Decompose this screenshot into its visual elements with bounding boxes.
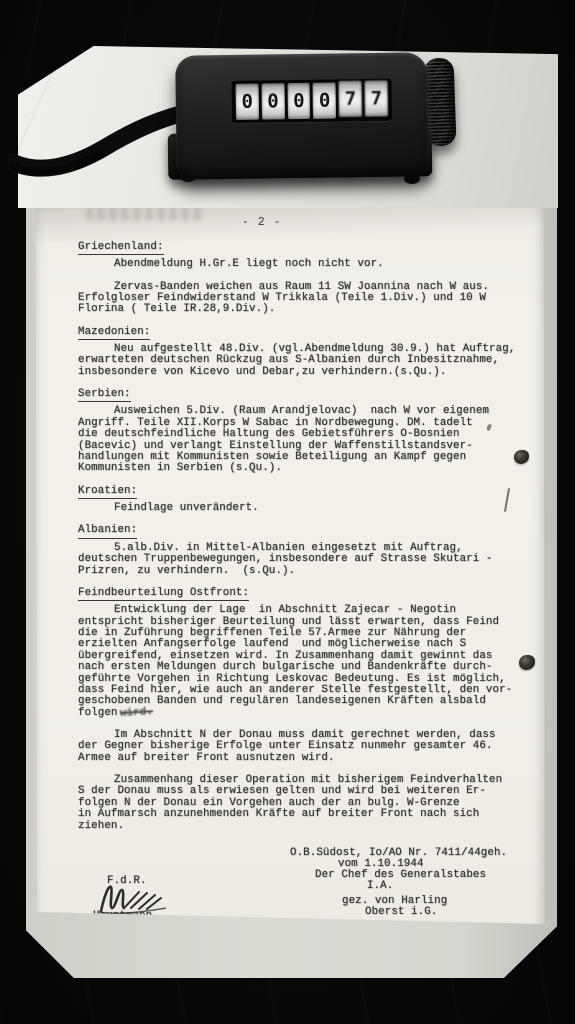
text-line: insbesondere von Kicevo und Debar,zu ver…	[78, 367, 523, 378]
text-line: folgenwird.	[78, 708, 523, 719]
section-serbien: Serbien: Ausweichen 5.Div. (Raum Arandje…	[78, 389, 523, 475]
text-line: die deutschfeindliche Haltung des Gebiet…	[78, 429, 523, 440]
text-line: Abendmeldung H.Gr.E liegt noch nicht vor…	[78, 259, 523, 270]
text-line: Entwicklung der Lage in Abschnitt Zajeca…	[78, 605, 523, 616]
text-line: nach ersten Meldungen durch bulgarische …	[78, 662, 523, 673]
text-line: Feindlage unverändert.	[78, 503, 523, 514]
page-number: - 2 -	[242, 216, 282, 229]
text-line: Kommunisten in Serbien (s.Qu.).	[78, 463, 523, 474]
section-heading: Mazedonien:	[78, 327, 150, 340]
section-heading: Griechenland:	[78, 242, 164, 255]
rank-line: Oberst i.G.	[365, 907, 437, 918]
section-heading: Feindbeurteilung Ostfront:	[78, 588, 249, 601]
section-feindbeurteilung-ostfront: Feindbeurteilung Ostfront: Entwicklung d…	[78, 588, 523, 832]
document-body: Griechenland: Abendmeldung H.Gr.E liegt …	[78, 242, 523, 968]
text-line: in Aufmarsch anzunehmenden Kräfte auf br…	[78, 809, 523, 820]
microfilm-photo: - 2 - Griechenland: Abendmeldung H.Gr.E …	[0, 0, 575, 1024]
binding-hole	[514, 450, 529, 464]
counter-digit: 7	[365, 80, 388, 116]
counter-digit: 0	[261, 83, 284, 119]
counter-digit: 7	[339, 81, 362, 117]
section-heading: Albanien:	[78, 525, 137, 538]
document-page: - 2 - Griechenland: Abendmeldung H.Gr.E …	[34, 178, 545, 930]
binding-hole	[519, 655, 535, 670]
chief-line: Der Chef des Generalstabes	[315, 870, 486, 881]
section-kroatien: Kroatien: Feindlage unverändert.	[78, 486, 523, 515]
section-albanien: Albanien: 5.alb.Div. in Mittel-Albanien …	[78, 525, 523, 577]
tally-counter: 0 0 0 0 7 7	[175, 52, 429, 180]
counter-digit: 0	[313, 83, 336, 119]
ia-line: I.A.	[367, 881, 393, 892]
strikeout-word: wird.	[120, 707, 153, 720]
section-heading: Kroatien:	[78, 486, 137, 499]
text-line: Armee auf breiter Front ausnutzen wird.	[78, 753, 523, 764]
text-line: ziehen.	[78, 821, 523, 832]
counter-digit: 0	[287, 83, 310, 119]
text-line: deutschen Truppenbewegungen, insbesonder…	[78, 554, 523, 565]
text-fragment: folgen	[78, 707, 117, 719]
section-mazedonien: Mazedonien: Neu aufgestellt 48.Div. (vgl…	[78, 327, 523, 379]
counter-display: 0 0 0 0 7 7	[232, 79, 393, 123]
section-griechenland: Griechenland: Abendmeldung H.Gr.E liegt …	[78, 242, 523, 316]
counter-digit: 0	[236, 84, 259, 120]
bleed-through-smudge	[86, 208, 204, 221]
section-heading: Serbien:	[78, 389, 131, 402]
text-line: Prizren, zu verhindern. (s.Qu.).	[78, 566, 523, 577]
text-line: Florina ( Teile IR.28,9.Div.).	[78, 304, 523, 315]
